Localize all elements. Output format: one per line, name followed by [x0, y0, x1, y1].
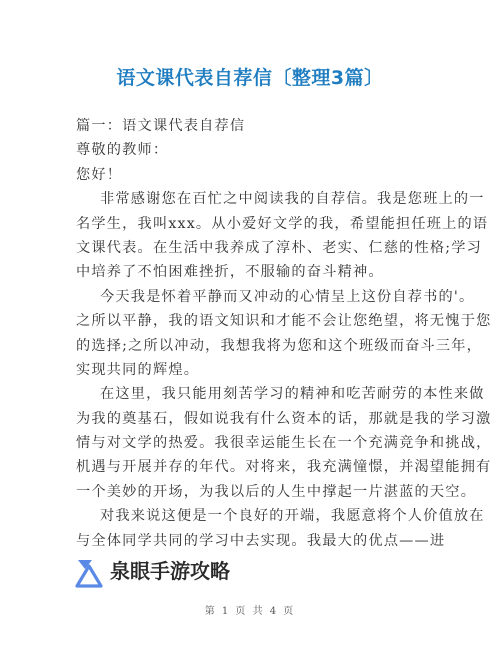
body-line: 为我的奠基石，假如说我有什么资本的话，那就是我的学习激: [76, 407, 436, 431]
body-line: 机遇与开展并存的年代。对将来，我充满憧憬，并渴望能拥有: [76, 455, 436, 479]
body-line: 今天我是怀着平静而又冲动的心情呈上这份自荐书的'。: [76, 285, 436, 309]
watermark-text: 泉眼手游攻略: [108, 555, 232, 584]
body-line: 与全体同学共同的学习中去实现。我最大的优点——进: [76, 529, 436, 553]
body-line: 对我来说这便是一个良好的开端，我愿意将个人价值放在: [76, 504, 436, 528]
watermark: 泉眼手游攻略: [74, 551, 232, 587]
page-number-footer: 第 1 页 共 4 页: [0, 602, 500, 617]
body-line: 的选择;之所以冲动，我想我将为您和这个班级而奋斗三年，: [76, 334, 436, 358]
body-line: 中培养了不怕困难挫折，不服输的奋斗精神。: [76, 260, 436, 284]
body-line: 您好！: [76, 163, 436, 187]
triangle-logo-icon: [74, 558, 104, 588]
body-line: 名学生，我叫xxx。从小爱好文学的我，希望能担任班上的语: [76, 212, 436, 236]
body-line: 实现共同的辉煌。: [76, 358, 436, 382]
body-line: 情与对文学的热爱。我很幸运能生长在一个充满竞争和挑战，: [76, 431, 436, 455]
body-line: 篇一：语文课代表自荐信: [76, 114, 436, 138]
body-line: 在这里，我只能用刻苦学习的精神和吃苦耐劳的本性来做: [76, 382, 436, 406]
document-title: 语文课代表自荐信〔整理3篇〕: [0, 63, 500, 90]
document-body: 篇一：语文课代表自荐信尊敬的教师：您好！非常感谢您在百忙之中阅读我的自荐信。我是…: [76, 114, 436, 553]
body-line: 非常感谢您在百忙之中阅读我的自荐信。我是您班上的一: [76, 187, 436, 211]
document-page: 语文课代表自荐信〔整理3篇〕 篇一：语文课代表自荐信尊敬的教师：您好！非常感谢您…: [0, 0, 500, 647]
body-line: 一个美妙的开场，为我以后的人生中撑起一片湛蓝的天空。: [76, 480, 436, 504]
body-line: 文课代表。在生活中我养成了淳朴、老实、仁慈的性格;学习: [76, 236, 436, 260]
body-line: 尊敬的教师：: [76, 138, 436, 162]
body-line: 之所以平静，我的语文知识和才能不会让您绝望，将无愧于您: [76, 309, 436, 333]
